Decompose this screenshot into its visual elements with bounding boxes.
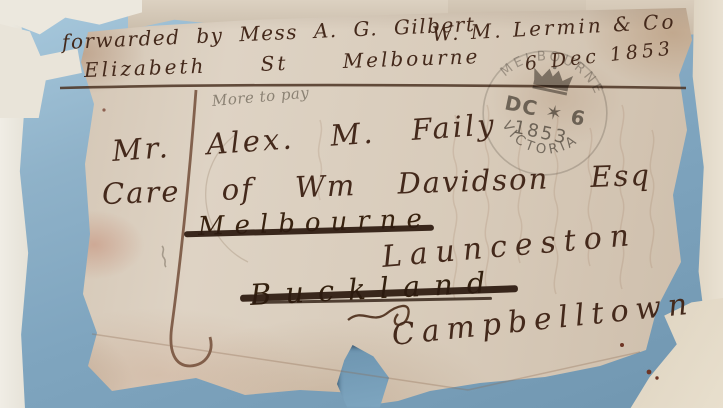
photo-scene: MELBOURNE VICTORIA DC ✶ 6 1853 forwarded… [0,0,723,408]
